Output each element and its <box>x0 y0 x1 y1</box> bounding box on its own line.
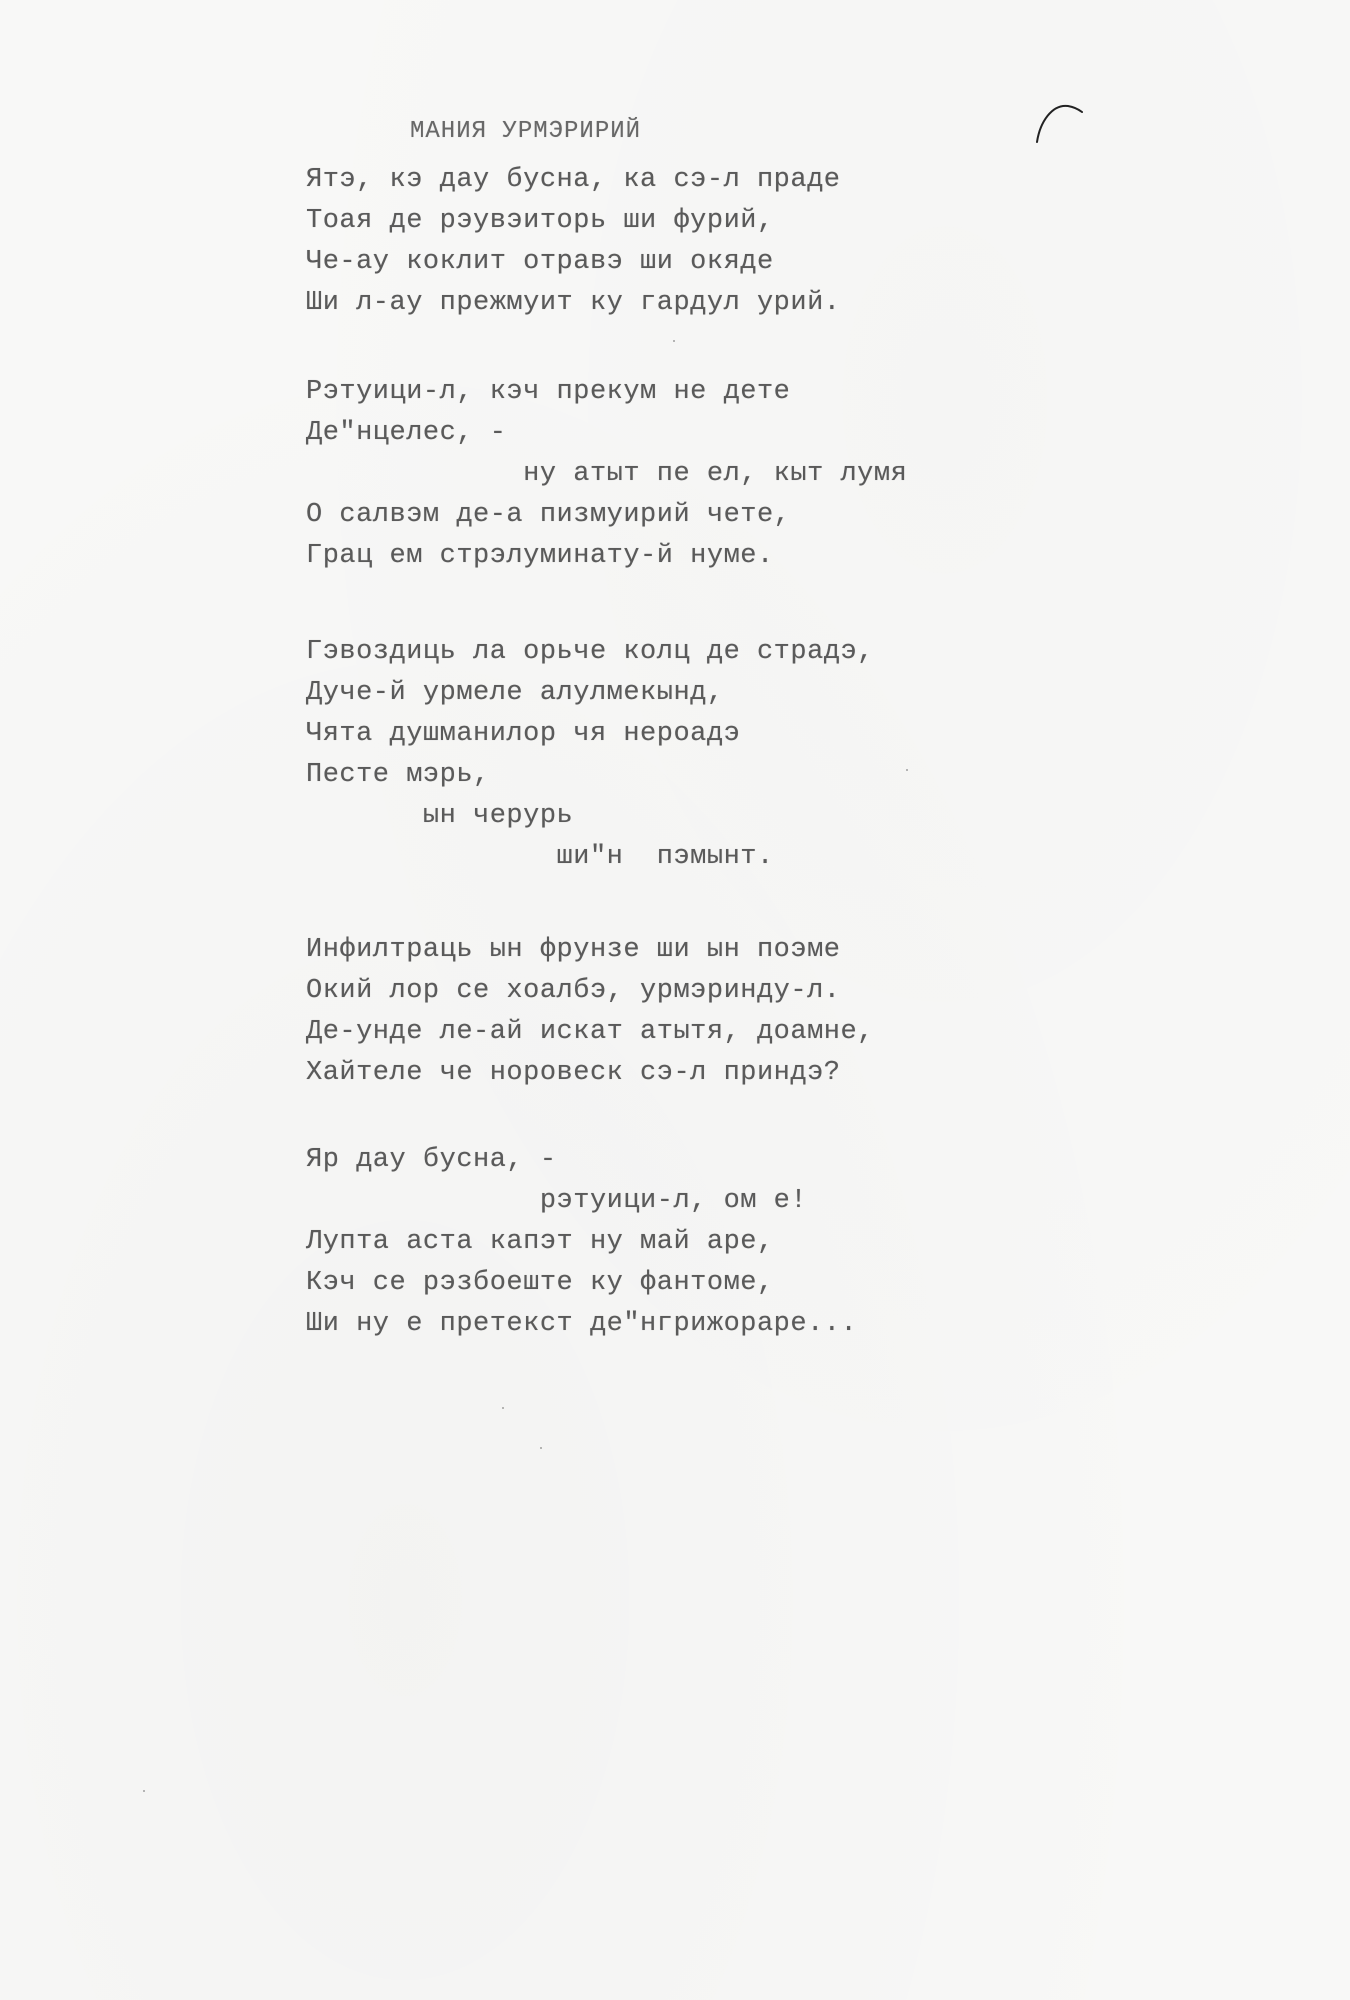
poem-line: Де-унде ле-ай искат атытя, доамне, <box>306 1012 874 1052</box>
poem-line: Гэвоздиць ла орьче колц де страдэ, <box>306 632 874 672</box>
poem-line: Тоая де рэувэиторь ши фурий, <box>306 201 774 241</box>
poem-line: Хайтеле че норовеск сэ-л приндэ? <box>306 1053 840 1093</box>
poem-line: Кэч се рэзбоеште ку фантоме, <box>306 1263 774 1303</box>
paper-speck <box>540 1447 542 1449</box>
poem-line: рэтуици-л, ом е! <box>306 1181 807 1221</box>
poem-line: О салвэм де-а пизмуирий чете, <box>306 495 790 535</box>
poem-title: МАНИЯ УРМЭРИРИЙ <box>410 118 641 145</box>
poem-line: Рэтуици-л, кэч прекум не дете <box>306 372 790 412</box>
paper-speck <box>906 769 908 771</box>
poem-line: Ши ну е претекст де"нгрижораре... <box>306 1304 857 1344</box>
paper-speck <box>673 340 675 342</box>
paper-speck <box>502 1407 504 1409</box>
poem-line: Песте мэрь, <box>306 755 490 795</box>
poem-line: Де"нцелес, - <box>306 413 506 453</box>
poem-line: Яр дау бусна, - <box>306 1140 557 1180</box>
poem-line: Ятэ, кэ дау бусна, ка сэ-л праде <box>306 160 840 200</box>
poem-line: Че-ау коклит отравэ ши окяде <box>306 242 774 282</box>
poem-line: Чята душманилор чя нероадэ <box>306 714 740 754</box>
typewritten-page: МАНИЯ УРМЭРИРИЙ Ятэ, кэ дау бусна, ка сэ… <box>0 0 1350 2000</box>
pencil-arc-mark-icon <box>1034 96 1084 156</box>
poem-line: ну атыт пе ел, кыт лумя <box>306 454 907 494</box>
paper-speck <box>143 1790 145 1792</box>
poem-line: Грац ем стрэлуминату-й нуме. <box>306 536 774 576</box>
poem-line: Ши л-ау прежмуит ку гардул урий. <box>306 283 840 323</box>
poem-line: Лупта аста капэт ну май аре, <box>306 1222 774 1262</box>
poem-line: Окий лор се хоалбэ, урмэринду-л. <box>306 971 840 1011</box>
poem-line: ын черурь <box>306 796 573 836</box>
poem-line: ши"н пэмынт. <box>306 837 774 877</box>
poem-line: Дуче-й урмеле алулмекынд, <box>306 673 724 713</box>
poem-line: Инфилтраць ын фрунзе ши ын поэме <box>306 930 840 970</box>
